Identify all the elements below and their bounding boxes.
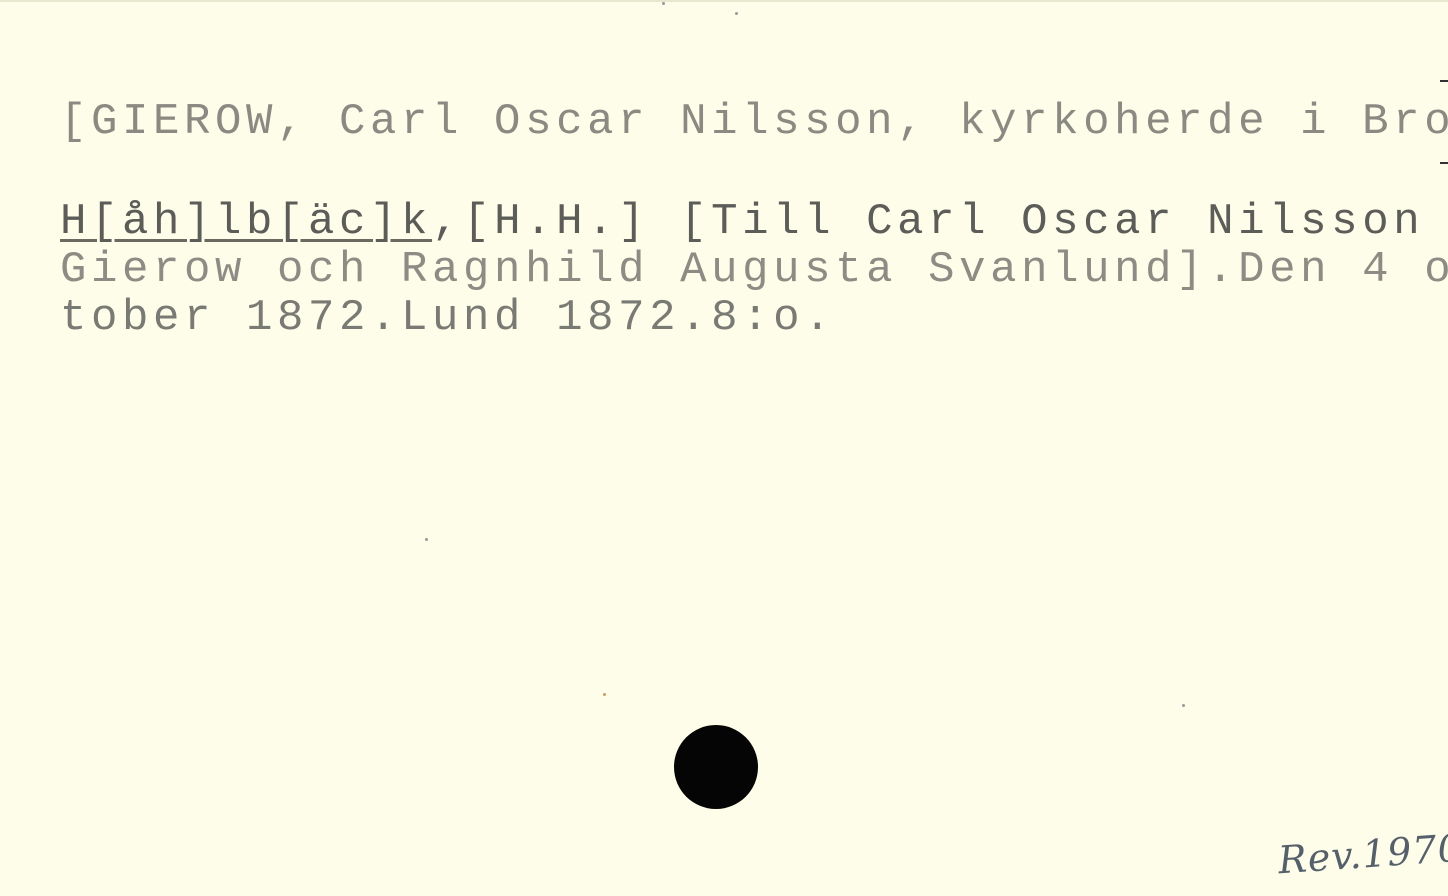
speck — [735, 12, 738, 15]
punch-hole — [674, 725, 758, 809]
speck — [662, 2, 665, 5]
title-line-1: H[åh]lb[äc]k,[H.H.] [Till Carl Oscar Nil… — [60, 198, 1424, 246]
title-line-2: Gierow och Ragnhild Augusta Svanlund].De… — [60, 246, 1448, 294]
speck — [425, 538, 428, 541]
speck — [1182, 704, 1185, 707]
catalog-card: [GIEROW, Carl Oscar Nilsson, kyrkoherde … — [0, 0, 1448, 896]
handwritten-revision-note: Rev.1970 — [1277, 826, 1448, 883]
title-line-1-rest: ,[H.H.] [Till Carl Oscar Nilsson — [432, 197, 1424, 247]
title-line-3: tober 1872.Lund 1872.8:o. — [60, 294, 835, 342]
bracket-mark — [1440, 80, 1448, 164]
card-top-edge — [0, 0, 1448, 2]
speck — [603, 693, 606, 696]
author-heading: [GIEROW, Carl Oscar Nilsson, kyrkoherde … — [60, 98, 1448, 146]
title-author-underlined: H[åh]lb[äc]k — [60, 197, 432, 247]
